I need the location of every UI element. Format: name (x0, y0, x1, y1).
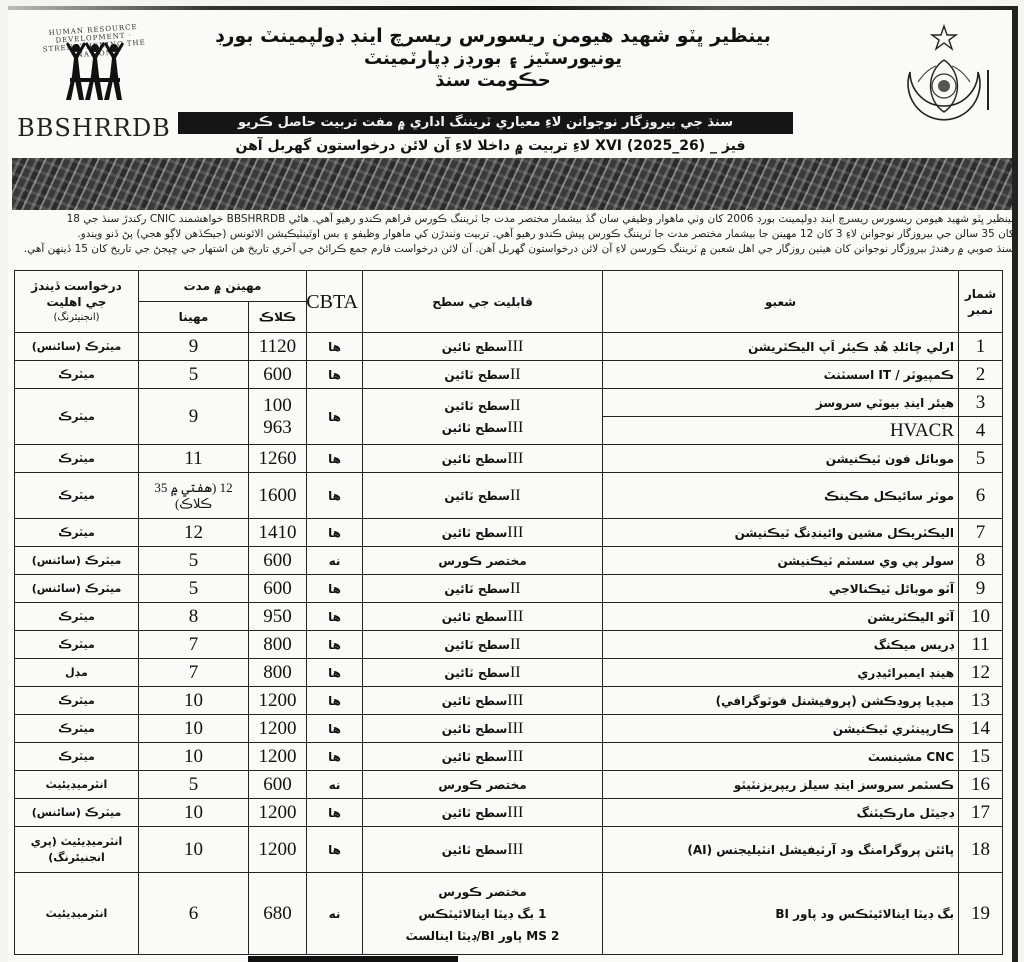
cbta-value: ها (307, 659, 363, 687)
intro-line-1: بينظير ڀٽو شهيد هيومن ريسورس ريسرچ اينڊ … (16, 212, 1014, 227)
table-row: 14 ڪارپينٽري ٽيڪنيشن IIIسطح ٽائين ها 120… (15, 715, 1003, 743)
trade-name: ڪسٽمر سروسز اينڊ سيلز ريپريزنٽيٽو (603, 771, 959, 799)
header-trade: شعبو (603, 271, 959, 333)
serial-number: 15 (959, 743, 1003, 771)
trade-name: موٽر سائيڪل مڪينڪ (603, 473, 959, 519)
serial-number: 7 (959, 519, 1003, 547)
hours-value: 100 963 (249, 389, 307, 445)
hours-value: 800 (249, 659, 307, 687)
top-rule (8, 6, 1018, 10)
months-value: 10 (139, 799, 249, 827)
serial-number: 6 (959, 473, 1003, 519)
cbta-value: ها (307, 827, 363, 873)
qualification-level: IIسطح ٽائين IIIسطح ٽائين (363, 389, 603, 445)
months-value: 10 (139, 715, 249, 743)
table-row: 2 ڪمپيوٽر / IT اسسٽنٽ IIسطح ٽائين ها 600… (15, 361, 1003, 389)
serial-number: 10 (959, 603, 1003, 631)
advertisement-page: HUMAN RESOURCE DEVELOPMENT · STRENGTHENI… (8, 6, 1018, 962)
phase-subtitle: فيز _ XVI (2025_26) لاءِ تربيت ۾ داخلا ل… (188, 136, 793, 156)
trade-name: HVACR (603, 417, 959, 445)
cbta-value: نه (307, 873, 363, 955)
table-row: 16 ڪسٽمر سروسز اينڊ سيلز ريپريزنٽيٽو مخت… (15, 771, 1003, 799)
header-hours: ڪلاڪ (249, 302, 307, 333)
qualification-level: مختصر ڪورس (363, 547, 603, 575)
hours-value: 1200 (249, 687, 307, 715)
hours-value: 600 (249, 771, 307, 799)
months-value: 6 (139, 873, 249, 955)
table-row: 10 آٽو اليڪٽريشن IIIسطح ٽائين ها 950 8 م… (15, 603, 1003, 631)
hours-value: 1200 (249, 743, 307, 771)
eligibility-value: ميٽرڪ (15, 631, 139, 659)
hours-value: 1200 (249, 715, 307, 743)
qualification-level: IIسطح ٽائين (363, 631, 603, 659)
title-line-3: حڪومت سنڌ (188, 70, 798, 92)
eligibility-value: ميٽرڪ (15, 361, 139, 389)
serial-number: 2 (959, 361, 1003, 389)
cbta-value: ها (307, 687, 363, 715)
footer-bar (248, 956, 458, 962)
cbta-value: ها (307, 603, 363, 631)
cbta-value: ها (307, 575, 363, 603)
eligibility-value: ميٽرڪ (15, 743, 139, 771)
table-row: 3 هيئر اينڊ بيوٽي سروسز IIسطح ٽائين IIIس… (15, 389, 1003, 417)
eligibility-value: ميٽرڪ (15, 519, 139, 547)
eligibility-value: ميٽرڪ (15, 389, 139, 445)
hours-value: 600 (249, 575, 307, 603)
months-value: 11 (139, 445, 249, 473)
cbta-value: ها (307, 389, 363, 445)
trade-name: آٽو موبائل ٽيڪنالاجي (603, 575, 959, 603)
eligibility-value: ميٽرڪ (سائنس) (15, 799, 139, 827)
qualification-level: IIIسطح ٽائين (363, 715, 603, 743)
table-row: 5 موبائل فون ٽيڪنيشن IIIسطح ٽائين ها 126… (15, 445, 1003, 473)
emblem-icon (896, 22, 992, 142)
trade-name: آٽو اليڪٽريشن (603, 603, 959, 631)
qualification-level: IIIسطح ٽائين (363, 743, 603, 771)
months-value: 5 (139, 547, 249, 575)
qualification-level: IIسطح ٽائين (363, 575, 603, 603)
banner-headline: سنڌ جي بيروزگار نوجوانن لاءِ معياري ٽرين… (178, 112, 793, 134)
title-line-2: يونيورسٽيز ۽ بورڊز ڊپارٽمينٽ (188, 48, 798, 70)
hours-value: 1410 (249, 519, 307, 547)
cbta-value: ها (307, 361, 363, 389)
table-row: 15 CNC مشينسٽ IIIسطح ٽائين ها 1200 10 مي… (15, 743, 1003, 771)
header: HUMAN RESOURCE DEVELOPMENT · STRENGTHENI… (8, 12, 1018, 210)
months-value: 5 (139, 361, 249, 389)
hours-value: 1200 (249, 799, 307, 827)
header-duration-group: مهينن ۾ مدت (139, 271, 307, 302)
qualification-level: IIسطح ٽائين (363, 361, 603, 389)
hours-value: 1200 (249, 827, 307, 873)
hours-value: 1120 (249, 333, 307, 361)
qualification-level: IIسطح ٽائين (363, 659, 603, 687)
table-row: 17 ڊجيٽل مارڪيٽنگ IIIسطح ٽائين ها 1200 1… (15, 799, 1003, 827)
qualification-level: IIIسطح ٽائين (363, 687, 603, 715)
serial-number: 11 (959, 631, 1003, 659)
people-figures-icon (64, 40, 126, 106)
qualification-level: IIIسطح ٽائين (363, 603, 603, 631)
eligibility-value: انٽرميڊيئيٽ (پري انجنيئرنگ) (15, 827, 139, 873)
trainees-photo-strip (12, 158, 1012, 210)
eligibility-value: مڊل (15, 659, 139, 687)
cbta-value: ها (307, 445, 363, 473)
eligibility-value: ميٽرڪ (15, 603, 139, 631)
serial-number: 19 (959, 873, 1003, 955)
serial-number: 14 (959, 715, 1003, 743)
eligibility-value: ميٽرڪ (سائنس) (15, 575, 139, 603)
serial-number: 16 (959, 771, 1003, 799)
cbta-value: ها (307, 743, 363, 771)
trade-name: ڊجيٽل مارڪيٽنگ (603, 799, 959, 827)
trade-name: بگ ڊيٽا اينالائيٽڪس ود پاور BI (603, 873, 959, 955)
trade-name: پائٿن پروگرامنگ ود آرٽيفيشل انٽيليجنس (A… (603, 827, 959, 873)
months-value: 8 (139, 603, 249, 631)
eligibility-value: انٽرميڊيئيٽ (15, 873, 139, 955)
trade-name: اليڪٽريڪل مشين وائينڊنگ ٽيڪنيشن (603, 519, 959, 547)
cbta-value: ها (307, 473, 363, 519)
trade-name: هينڊ ايمبرائيڊري (603, 659, 959, 687)
header-cbta: CBTA (307, 271, 363, 333)
table-row: 9 آٽو موبائل ٽيڪنالاجي IIسطح ٽائين ها 60… (15, 575, 1003, 603)
serial-number: 13 (959, 687, 1003, 715)
hours-value: 680 (249, 873, 307, 955)
serial-number: 1 (959, 333, 1003, 361)
header-eligibility: درخواست ڏيندڙ جي اهليت (انجنيئرنگ) (15, 271, 139, 333)
eligibility-value: ميٽرڪ (سائنس) (15, 547, 139, 575)
hours-value: 1600 (249, 473, 307, 519)
months-value: 12 (139, 519, 249, 547)
intro-line-3: سنڌ صوبي ۾ رهندڙ بيروزگار نوجوانن کان هي… (16, 242, 1014, 257)
eligibility-value: ميٽرڪ (15, 687, 139, 715)
serial-number: 18 (959, 827, 1003, 873)
qualification-level: IIIسطح ٽائين (363, 799, 603, 827)
bbshrrdb-logo: HUMAN RESOURCE DEVELOPMENT · STRENGTHENI… (14, 22, 174, 152)
months-value: 7 (139, 631, 249, 659)
cbta-value: نه (307, 771, 363, 799)
intro-line-2: کان 35 سالن جي بيروزگار نوجوانن لاءِ 3 ک… (16, 227, 1014, 242)
months-value: 10 (139, 743, 249, 771)
months-value: 5 (139, 771, 249, 799)
serial-number: 12 (959, 659, 1003, 687)
months-value: 7 (139, 659, 249, 687)
qualification-level: IIIسطح ٽائين (363, 519, 603, 547)
cbta-value: ها (307, 333, 363, 361)
qualification-level: مختصر ڪورس 1 بگ ڊيٽا اينالائيٽڪس 2 MS پا… (363, 873, 603, 955)
star-icon (932, 26, 956, 49)
table-row: 13 ميڊيا پروڊڪشن (پروفيشنل فوٽوگرافي) II… (15, 687, 1003, 715)
trade-name: سولر پي وي سسٽم ٽيڪنيشن (603, 547, 959, 575)
trade-name: ارلي چائلڊ هُڊ ڪيئر اَپ اليڪٽريشن (603, 333, 959, 361)
table-row: 18 پائٿن پروگرامنگ ود آرٽيفيشل انٽيليجنس… (15, 827, 1003, 873)
trade-name: هيئر اينڊ بيوٽي سروسز (603, 389, 959, 417)
cbta-value: ها (307, 799, 363, 827)
table-row: 7 اليڪٽريڪل مشين وائينڊنگ ٽيڪنيشن IIIسطح… (15, 519, 1003, 547)
serial-number: 3 (959, 389, 1003, 417)
trade-name: CNC مشينسٽ (603, 743, 959, 771)
cbta-value: ها (307, 519, 363, 547)
header-months: مهينا (139, 302, 249, 333)
trade-name: موبائل فون ٽيڪنيشن (603, 445, 959, 473)
eligibility-value: ميٽرڪ (سائنس) (15, 333, 139, 361)
eligibility-value: ميٽرڪ (15, 445, 139, 473)
cbta-value: ها (307, 631, 363, 659)
serial-number: 9 (959, 575, 1003, 603)
months-value: 9 (139, 389, 249, 445)
trade-name: ڊريس ميڪنگ (603, 631, 959, 659)
header-titles: بينظير ڀٽو شهيد هيومن ريسورس ريسرچ اينڊ … (188, 24, 798, 92)
eligibility-value: ميٽرڪ (15, 715, 139, 743)
qualification-level: IIIسطح ٽائين (363, 827, 603, 873)
title-line-1: بينظير ڀٽو شهيد هيومن ريسورس ريسرچ اينڊ … (188, 24, 798, 48)
qualification-level: IIIسطح ٽائين (363, 333, 603, 361)
hours-value: 600 (249, 361, 307, 389)
qualification-level: IIIسطح ٽائين (363, 445, 603, 473)
cbta-value: ها (307, 715, 363, 743)
table-row: 19 بگ ڊيٽا اينالائيٽڪس ود پاور BI مختصر … (15, 873, 1003, 955)
table-row: 8 سولر پي وي سسٽم ٽيڪنيشن مختصر ڪورس نه … (15, 547, 1003, 575)
serial-number: 4 (959, 417, 1003, 445)
trade-name: ڪارپينٽري ٽيڪنيشن (603, 715, 959, 743)
qualification-level: IIسطح ٽائين (363, 473, 603, 519)
logo-name: BBSHRRDB (17, 114, 171, 142)
eligibility-header-note: (انجنيئرنگ) (19, 310, 134, 326)
trades-table-wrapper: شمار نمبر شعبو قابليت جي سطح CBTA مهينن … (14, 270, 1002, 955)
months-value: 12 (هفتي ۾ 35 ڪلاڪ) (139, 473, 249, 519)
months-value: 10 (139, 687, 249, 715)
eligibility-header-label: درخواست ڏيندڙ جي اهليت (19, 278, 134, 310)
table-row: 1 ارلي چائلڊ هُڊ ڪيئر اَپ اليڪٽريشن IIIس… (15, 333, 1003, 361)
intro-paragraph: بينظير ڀٽو شهيد هيومن ريسورس ريسرچ اينڊ … (16, 212, 1014, 257)
header-serial-number: شمار نمبر (959, 271, 1003, 333)
months-value: 10 (139, 827, 249, 873)
hours-value: 600 (249, 547, 307, 575)
table-row: 11 ڊريس ميڪنگ IIسطح ٽائين ها 800 7 ميٽرڪ (15, 631, 1003, 659)
trades-table: شمار نمبر شعبو قابليت جي سطح CBTA مهينن … (14, 270, 1003, 955)
eligibility-value: ميٽرڪ (15, 473, 139, 519)
trade-name: ڪمپيوٽر / IT اسسٽنٽ (603, 361, 959, 389)
table-row: 12 هينڊ ايمبرائيڊري IIسطح ٽائين ها 800 7… (15, 659, 1003, 687)
cbta-value: نه (307, 547, 363, 575)
hours-value: 800 (249, 631, 307, 659)
months-value: 5 (139, 575, 249, 603)
serial-number: 8 (959, 547, 1003, 575)
trade-name: ميڊيا پروڊڪشن (پروفيشنل فوٽوگرافي) (603, 687, 959, 715)
table-row: 6 موٽر سائيڪل مڪينڪ IIسطح ٽائين ها 1600 … (15, 473, 1003, 519)
months-value: 9 (139, 333, 249, 361)
serial-number: 5 (959, 445, 1003, 473)
hours-value: 950 (249, 603, 307, 631)
serial-number: 17 (959, 799, 1003, 827)
hours-value: 1260 (249, 445, 307, 473)
sindh-government-emblem (894, 22, 994, 142)
eligibility-value: انٽرميڊيئيٽ (15, 771, 139, 799)
qualification-level: مختصر ڪورس (363, 771, 603, 799)
header-qualification-level: قابليت جي سطح (363, 271, 603, 333)
